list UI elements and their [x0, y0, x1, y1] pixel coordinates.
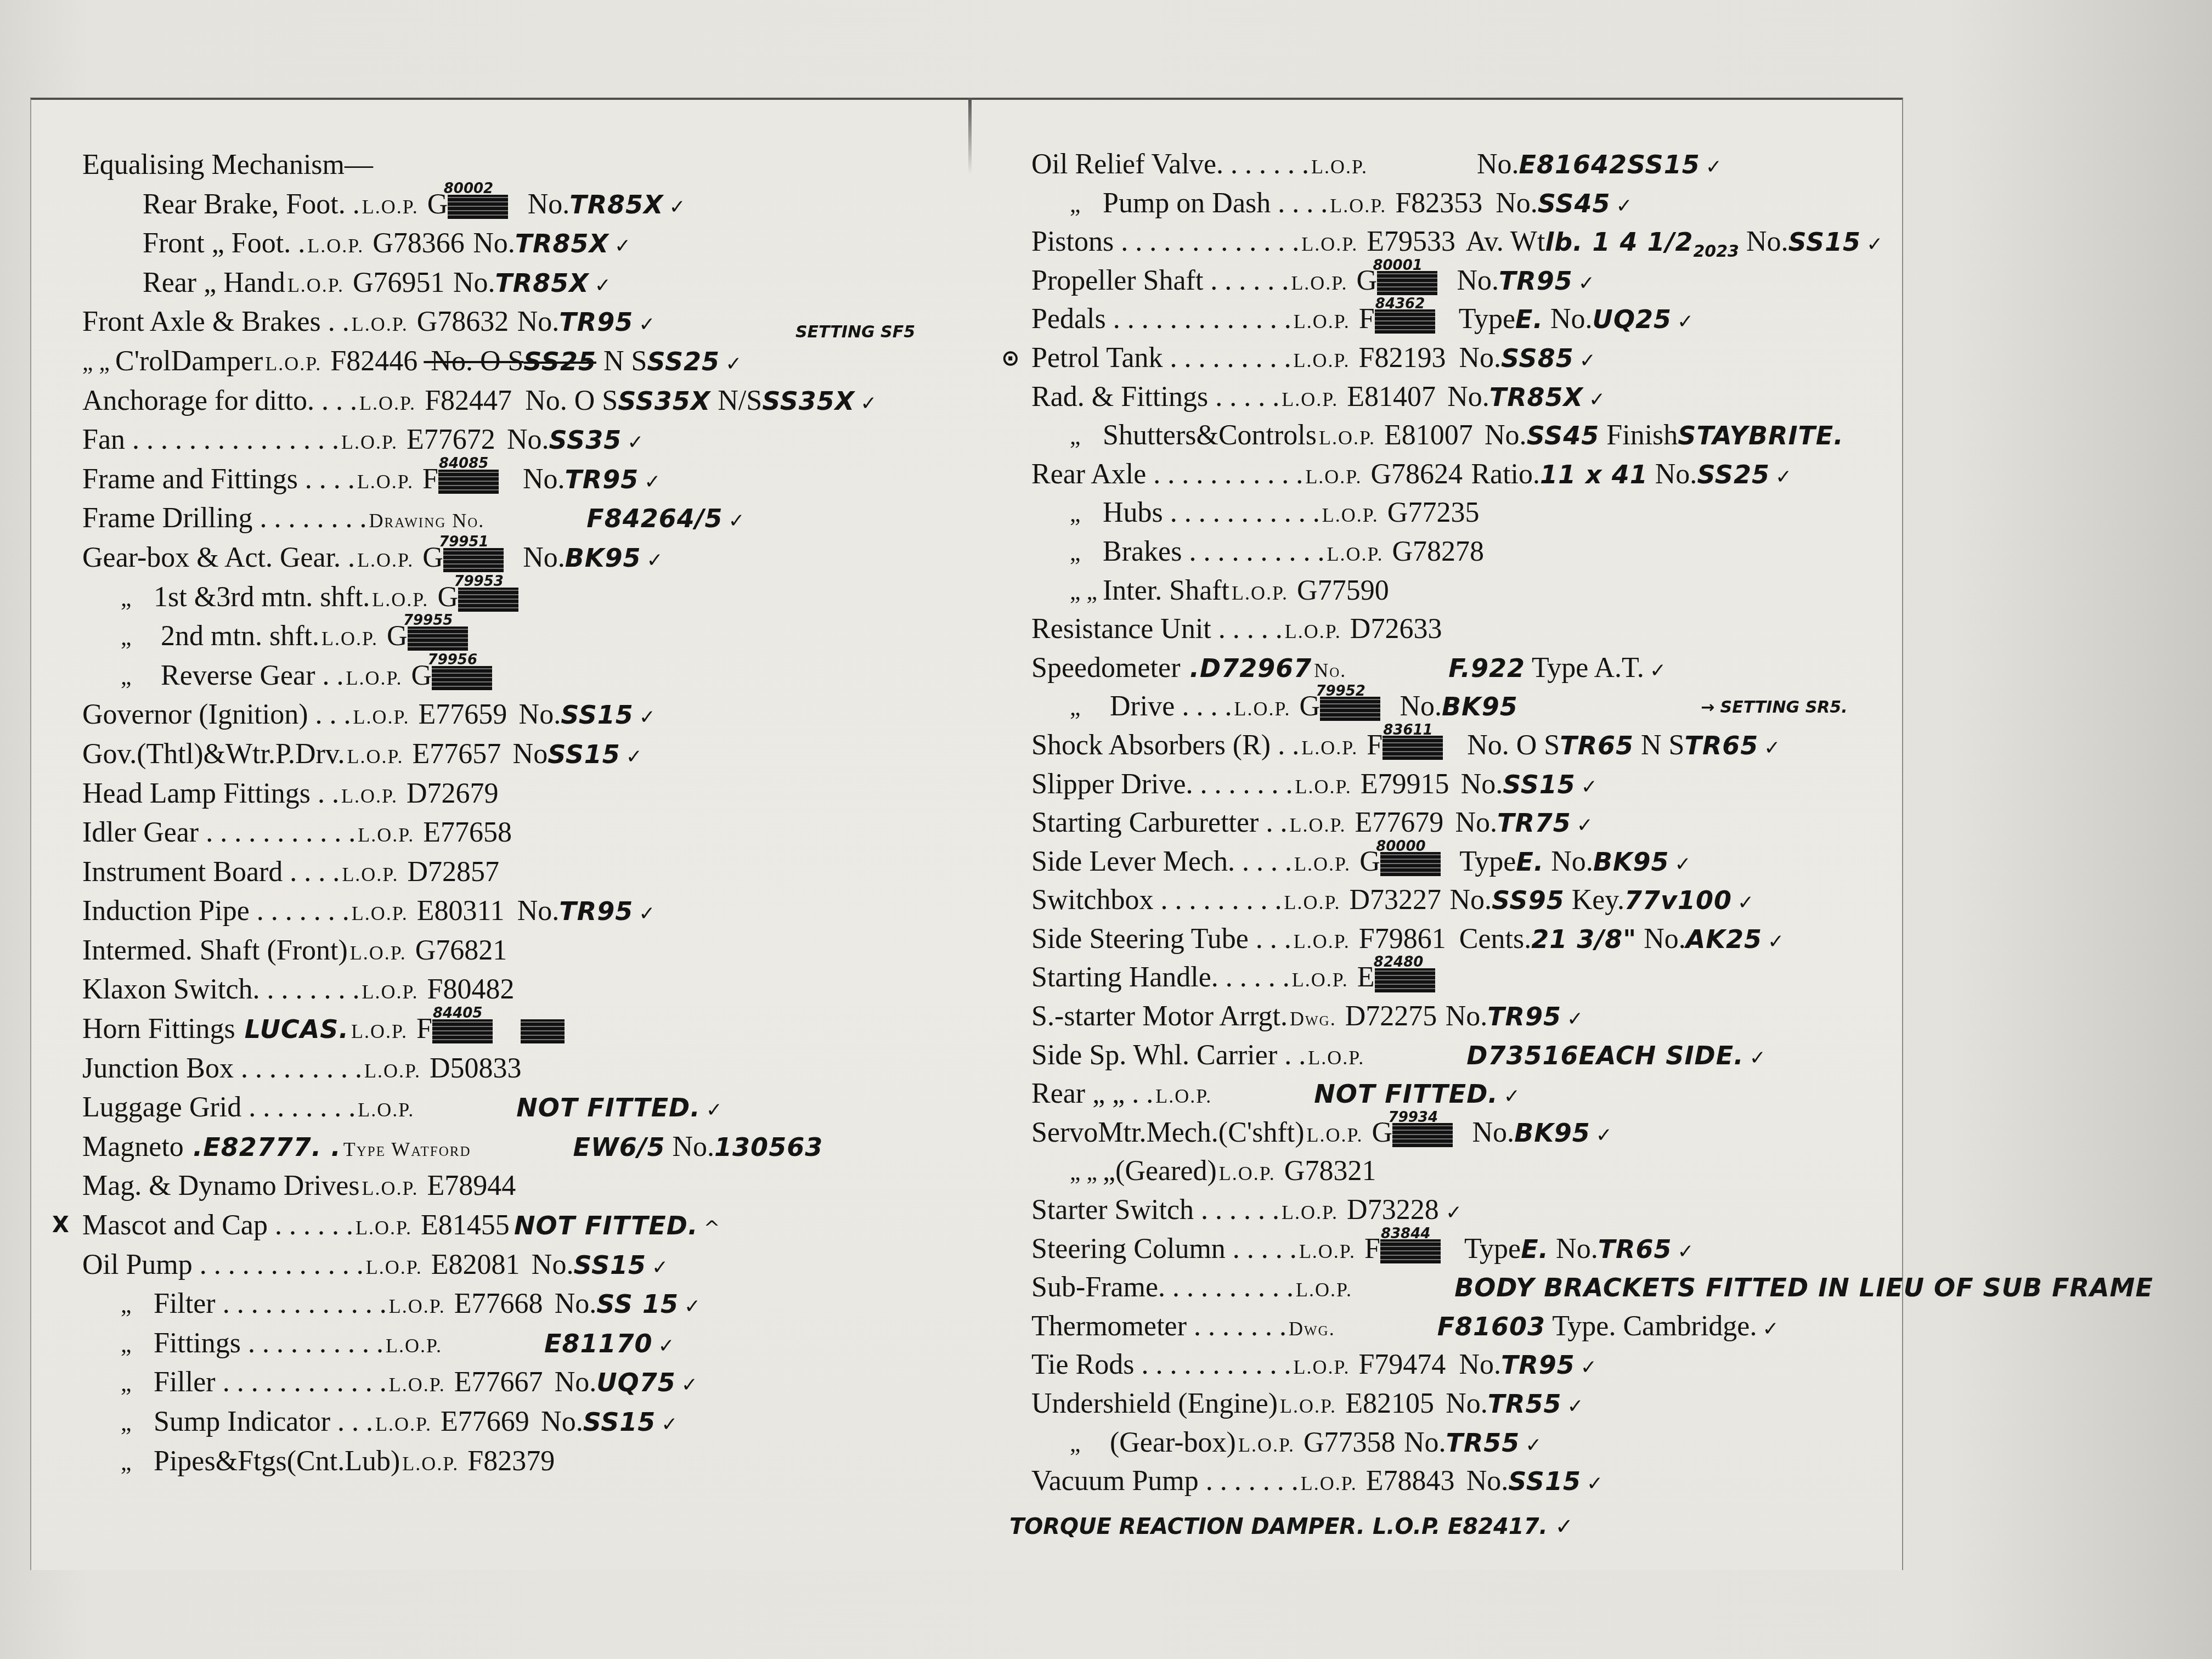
field-label: N S: [1634, 730, 1684, 761]
reference-type: L.O.P.: [1311, 156, 1368, 178]
item-label: Side Steering Tube . . .: [1031, 920, 1291, 959]
item-label: „Hubs . . . . . . . . . . .: [1031, 494, 1320, 534]
left-column: Equalising Mechanism— Rear Brake, Foot. …: [82, 145, 971, 1481]
list-item: „ Drive . . . .L.O.P.G79952 No.BK95→ SET…: [1031, 687, 1920, 726]
item-label: „ Drive . . . .: [1031, 687, 1232, 727]
redacted-mark: [1380, 852, 1441, 876]
handwritten-value: SS15: [1788, 227, 1861, 257]
reference-type: L.O.P.: [1301, 233, 1358, 255]
reference-type: L.O.P.: [350, 942, 407, 964]
item-label: Frame and Fittings . . . .: [82, 460, 355, 499]
reference-type: L.O.P.: [359, 392, 416, 414]
part-number: G77590: [1297, 572, 1390, 611]
list-item: Rear „ HandL.O.P.G76951 No.TR85X✓: [82, 263, 971, 303]
reference-type: L.O.P.: [352, 313, 408, 335]
item-label: Intermed. Shaft (Front): [82, 931, 348, 970]
list-item: Tie Rods . . . . . . . . . . .L.O.P.F794…: [1031, 1346, 1920, 1385]
reference-type: L.O.P.: [351, 1020, 408, 1042]
handwritten-value: lb. 1 4 1/2: [1545, 227, 1693, 257]
list-item: Pistons . . . . . . . . . . . . .L.O.P.E…: [1031, 223, 1920, 262]
field-label: Ratio.: [1464, 459, 1540, 490]
handwritten-correction: 80001: [1373, 258, 1422, 273]
field-label: Type: [1458, 1233, 1521, 1265]
checkmark-icon: ✓: [614, 235, 631, 257]
item-label: „Fittings . . . . . . . . . .: [82, 1324, 383, 1364]
field-label: No.: [500, 424, 549, 455]
handwritten-value: E.: [1521, 1234, 1549, 1264]
handwritten-value: 11 x 41: [1540, 460, 1648, 489]
handwritten-correction: 79956: [428, 653, 477, 667]
ditto-mark: „ „: [1070, 1153, 1103, 1192]
checkmark-icon: ✓: [646, 549, 663, 572]
list-item: Side Steering Tube . . .L.O.P.F79861 Cen…: [1031, 920, 1920, 959]
reference-type: L.O.P.: [1299, 1240, 1356, 1262]
checkmark-icon: ✓: [681, 1374, 698, 1396]
reference-type: L.O.P.: [1294, 853, 1351, 875]
list-item: Oil Relief Valve. . . . . . .L.O.P. No.E…: [1031, 145, 1920, 184]
item-label: Tie Rods . . . . . . . . . . .: [1031, 1346, 1291, 1385]
item-label: Sub-Frame. . . . . . . . . .: [1031, 1268, 1294, 1307]
field-label: No: [506, 738, 548, 770]
field-label: No.: [1438, 1388, 1488, 1419]
checkmark-icon: ✓: [1762, 1318, 1779, 1340]
reference-type: L.O.P.: [1301, 1472, 1357, 1494]
checkmark-icon: ✓: [729, 510, 745, 532]
redacted-mark: [438, 470, 499, 494]
checkmark-icon: ^: [703, 1217, 720, 1239]
reference-type: L.O.P.: [1294, 930, 1350, 952]
handwritten-correction: 84362: [1375, 297, 1425, 311]
redacted-mark: [1380, 1239, 1441, 1263]
reference-type: L.O.P.: [1322, 504, 1379, 526]
heading-text: Equalising Mechanism—: [82, 145, 373, 185]
checkmark-icon: ✓: [661, 1413, 678, 1436]
ditto-mark: „: [121, 1364, 154, 1403]
handwritten-correction: 80002: [444, 182, 493, 196]
field-label: No.: [1477, 420, 1527, 451]
item-label: Rear Brake, Foot. .: [82, 185, 360, 224]
field-label: No.: [665, 1131, 715, 1163]
checkmark-icon: ✓: [684, 1295, 701, 1318]
item-label: Mascot and Cap . . . . . .: [82, 1206, 353, 1245]
part-number: G78366: [373, 224, 466, 263]
checkmark-icon: ✓: [669, 196, 686, 218]
handwritten-value: F81603: [1437, 1312, 1545, 1341]
item-label: „Filter . . . . . . . . . . . .: [82, 1284, 387, 1325]
handwritten-value: E.: [1515, 304, 1543, 334]
handwritten-value: D73516: [1466, 1041, 1578, 1070]
item-label: „Sump Indicator . . .: [82, 1402, 373, 1443]
handwritten-value: TR95: [1499, 266, 1573, 296]
handwritten-value: E81170: [544, 1329, 652, 1358]
part-number: E81455: [421, 1206, 514, 1245]
handwritten-value: TR65: [1560, 731, 1634, 760]
reference-type: No.: [1314, 659, 1346, 681]
handwritten-value: SS 15: [596, 1289, 679, 1319]
item-label: Magneto .E82777. .: [82, 1127, 341, 1167]
ditto-mark: „: [1070, 495, 1103, 534]
part-number: G79955: [387, 617, 480, 656]
field-label: No.: [1452, 342, 1502, 374]
handwritten-correction: 79955: [403, 613, 453, 628]
list-item: „Sump Indicator . . .L.O.P.E77669 No.SS1…: [82, 1402, 971, 1442]
reference-type: L.O.P.: [1289, 814, 1346, 836]
checkmark-icon: ✓: [1579, 349, 1596, 372]
part-number: G76951: [353, 263, 446, 303]
list-item: Klaxon Switch. . . . . . . .L.O.P.F80482: [82, 970, 971, 1009]
part-number: G79934: [1372, 1114, 1465, 1153]
handwritten-value: UQ75: [596, 1368, 675, 1397]
part-number: G78632: [417, 302, 510, 342]
item-label: „ „„(Geared): [1031, 1152, 1217, 1192]
handwritten-value: TR65: [1685, 731, 1759, 760]
field-label: No.: [1739, 226, 1788, 257]
item-label: Fan . . . . . . . . . . . . . . .: [82, 420, 339, 460]
redacted-mark: [1392, 1123, 1453, 1147]
handwritten-value: BK95: [1514, 1118, 1590, 1148]
handwritten-value: SS15: [583, 1407, 656, 1437]
list-item: Gov.(Thtl)&Wtr.P.Drv.L.O.P.E77657 NoSS15…: [82, 735, 971, 774]
reference-type: L.O.P.: [1219, 1163, 1276, 1184]
item-label: Steering Column . . . . .: [1031, 1230, 1297, 1269]
handwritten-value: SS35X: [762, 386, 855, 416]
reference-type: L.O.P.: [353, 706, 410, 728]
checkmark-icon: ✓: [725, 353, 742, 375]
checkmark-icon: ✓: [1577, 814, 1593, 837]
redacted-mark: [1320, 697, 1380, 721]
part-number: F84085: [422, 460, 516, 499]
reference-type: L.O.P.: [1234, 698, 1290, 720]
handwritten-value: SS15: [1508, 1466, 1581, 1496]
list-item: Junction Box . . . . . . . . .L.O.P.D508…: [82, 1049, 971, 1088]
list-item: Rear Axle . . . . . . . . . . .L.O.P.G78…: [1031, 455, 1920, 494]
handwritten-value: TR55: [1446, 1428, 1520, 1458]
part-number: E77669: [441, 1402, 534, 1442]
field-label: No.: [466, 228, 515, 259]
part-number: G77235: [1387, 494, 1481, 533]
checkmark-icon: ✓: [639, 706, 656, 729]
handwritten-value: EACH SIDE.: [1578, 1041, 1743, 1070]
part-number: F84405: [416, 1009, 510, 1049]
list-item: Frame and Fittings . . . .L.O.P.F84085 N…: [82, 460, 971, 499]
handwritten-value: SS35X: [618, 386, 710, 416]
part-number: E77668: [454, 1284, 548, 1324]
reference-type: L.O.P.: [1284, 891, 1340, 913]
handwritten-value: TR75: [1497, 808, 1571, 838]
list-item: Resistance Unit . . . . .L.O.P.D72633: [1031, 610, 1920, 649]
part-number: E77658: [423, 813, 516, 853]
part-number: G78624: [1370, 455, 1464, 494]
checkmark-icon: ✓: [1596, 1124, 1612, 1147]
part-number: D72679: [407, 774, 500, 814]
handwritten-value: 77v100: [1624, 885, 1732, 915]
part-number: E80311: [417, 891, 510, 931]
checkmark-icon: ✓: [1775, 466, 1792, 488]
reference-type: L.O.P.: [402, 1453, 459, 1475]
handwritten-value: SS25: [523, 347, 596, 376]
item-label: Resistance Unit . . . . .: [1031, 610, 1283, 649]
handwritten-value: SS45: [1538, 189, 1611, 218]
part-number: E77657: [413, 735, 506, 774]
part-number: D73228: [1347, 1191, 1440, 1230]
reference-type: L.O.P.: [265, 353, 321, 375]
part-number: E81007: [1384, 416, 1477, 455]
field-label: N S: [596, 346, 647, 377]
reference-type: L.O.P.: [341, 431, 398, 453]
handwritten-value: BK95: [565, 543, 641, 573]
field-label: No.: [1544, 846, 1593, 877]
handwritten-value: BK95: [1442, 692, 1518, 721]
list-item: Induction Pipe . . . . . . .L.O.P.E80311…: [82, 891, 971, 931]
field-label: No.: [1442, 884, 1492, 916]
item-label: Induction Pipe . . . . . . .: [82, 891, 349, 931]
part-number: G78278: [1392, 533, 1485, 572]
part-number: G79956: [411, 656, 505, 696]
list-item: Side Lever Mech. . . . .L.O.P.G80000 Typ…: [1031, 843, 1920, 882]
handwritten-value: TR65: [1598, 1234, 1672, 1264]
handwritten-value: NOT FITTED.: [1314, 1079, 1498, 1109]
reference-type: L.O.P.: [372, 589, 428, 611]
part-number: D72857: [407, 853, 500, 892]
ditto-mark: „: [1070, 1425, 1103, 1464]
reference-type: L.O.P.: [321, 628, 378, 650]
checkmark-icon: ✓: [1768, 930, 1784, 953]
item-label: Speedometer .D72967: [1031, 649, 1312, 688]
reference-type: L.O.P.: [1282, 388, 1338, 410]
checkmark-icon: ✓: [639, 313, 655, 336]
list-item: Anchorage for ditto. . . .L.O.P.F82447 N…: [82, 381, 971, 421]
reference-type: L.O.P.: [364, 1060, 421, 1082]
item-label: Pistons . . . . . . . . . . . . .: [1031, 223, 1299, 262]
list-item: S.-starter Motor Arrgt.Dwg.D72275 No.TR9…: [1031, 997, 1920, 1036]
part-number: G76821: [415, 931, 509, 970]
field-label: Type: [1453, 846, 1516, 877]
list-item: „Hubs . . . . . . . . . . .L.O.P.G77235: [1031, 494, 1920, 533]
list-item: Starting Handle. . . . . .L.O.P.E82480: [1031, 958, 1920, 997]
ditto-mark: „: [121, 657, 154, 697]
item-label: Undershield (Engine): [1031, 1385, 1278, 1424]
handwritten-value: TR55: [1488, 1389, 1562, 1419]
field-label: No.: [1438, 1001, 1488, 1032]
item-label: „Brakes . . . . . . . . . .: [1031, 533, 1324, 573]
field-label: N/S: [710, 385, 762, 416]
item-label: Switchbox . . . . . . . . .: [1031, 881, 1282, 920]
list-item: XMascot and Cap . . . . . .L.O.P.E81455N…: [82, 1206, 971, 1245]
handwritten-value: SS25: [647, 347, 720, 376]
part-number: E77672: [407, 420, 500, 460]
handwritten-value: TR85X: [569, 190, 663, 219]
list-item: Starter Switch . . . . . .L.O.P.D73228✓: [1031, 1191, 1920, 1230]
field-label: No.: [1465, 1117, 1515, 1148]
list-item: Front „ Foot. .L.O.P.G78366 No.TR85X✓: [82, 224, 971, 263]
handwritten-value: BODY BRACKETS FITTED IN LIEU OF SUB FRAM…: [1454, 1273, 2153, 1302]
field-label: No.: [534, 1406, 583, 1437]
reference-type: L.O.P.: [287, 274, 344, 296]
field-label: No.: [1452, 1349, 1501, 1380]
handwritten-value: UQ25: [1593, 304, 1672, 334]
reference-type: L.O.P.: [1282, 1201, 1338, 1223]
checkmark-icon: ✓: [1675, 853, 1691, 876]
handwritten-correction: 84085: [439, 456, 488, 471]
item-label: Mag. & Dynamo Drives: [82, 1166, 359, 1206]
ditto-mark: „: [121, 1325, 154, 1364]
list-item: Mag. & Dynamo DrivesL.O.P.E78944: [82, 1166, 971, 1206]
list-item: Vacuum Pump . . . . . . .L.O.P.E78843 No…: [1031, 1462, 1920, 1501]
handwritten-value: TR95: [559, 896, 633, 926]
ditto-mark: „: [1070, 534, 1103, 573]
item-label: „ „C'rolDamper: [82, 342, 263, 382]
handwritten-value: TR95: [1501, 1350, 1575, 1380]
item-label: Instrument Board . . . .: [82, 853, 340, 892]
reference-type: L.O.P.: [342, 864, 398, 885]
redacted-mark: [1375, 968, 1435, 992]
list-item: „Filler . . . . . . . . . . . .L.O.P.E77…: [82, 1363, 971, 1402]
list-item: „Shutters&ControlsL.O.P.E81007 No.SS45 F…: [1031, 416, 1920, 455]
ditto-mark: „: [1070, 417, 1103, 456]
reference-type: L.O.P.: [356, 1217, 412, 1239]
handwritten-correction: 79951: [439, 535, 488, 549]
reference-type: L.O.P.: [1238, 1434, 1295, 1456]
handwritten-value: 21 3/8": [1531, 924, 1637, 954]
part-number: E77667: [454, 1363, 548, 1402]
handwritten-value: SS45: [1527, 421, 1600, 450]
list-item: Horn Fittings LUCAS.L.O.P.F84405: [82, 1009, 971, 1049]
redacted-mark: [443, 548, 504, 572]
item-label: „Pipes&Ftgs(Cnt.Lub): [82, 1442, 400, 1482]
list-item: Switchbox . . . . . . . . .L.O.P.D73227 …: [1031, 881, 1920, 920]
handwritten-note: → SETTING SR5.: [1701, 699, 1848, 716]
field-label: Finish: [1599, 420, 1678, 451]
item-label: „Filler . . . . . . . . . . . .: [82, 1363, 387, 1403]
handwritten-footer-note: TORQUE REACTION DAMPER. L.O.P. E82417. ✓: [1009, 1514, 1573, 1539]
item-label: Oil Pump . . . . . . . . . . . .: [82, 1245, 364, 1285]
part-number: F82447: [425, 381, 518, 421]
item-label: Slipper Drive. . . . . . . .: [1031, 765, 1293, 804]
handwritten-value: SS15: [1627, 150, 1700, 179]
handwritten-value: SS15: [573, 1250, 646, 1280]
handwritten-value: BK95: [1593, 847, 1669, 877]
part-number: E82081: [431, 1245, 524, 1285]
handwritten-value: 130563: [714, 1132, 823, 1162]
item-label: Gear-box & Act. Gear. .: [82, 538, 355, 578]
part-number: F82193: [1359, 339, 1452, 378]
part-number: F82353: [1395, 184, 1488, 223]
reference-type: L.O.P.: [362, 1177, 418, 1199]
field-label: No.: [548, 1288, 597, 1319]
item-label: „Shutters&Controls: [1031, 416, 1317, 456]
reference-type: L.O.P.: [1232, 582, 1288, 604]
checkmark-icon: ✓: [644, 471, 661, 493]
field-label: No.: [1440, 381, 1489, 413]
reference-type: L.O.P.: [1330, 195, 1386, 217]
part-number: E79533: [1367, 223, 1460, 262]
handwritten-correction: 83611: [1383, 723, 1432, 737]
field-label: No.: [1549, 1233, 1598, 1265]
ditto-mark: „ „: [1070, 573, 1103, 612]
item-label: „ „Inter. Shaft: [1031, 572, 1229, 612]
field-label: No.: [1543, 303, 1593, 335]
reference-type: L.O.P.: [362, 196, 419, 218]
field-label: Cents.: [1452, 923, 1531, 955]
reference-type: L.O.P.: [1155, 1085, 1212, 1107]
reference-type: L.O.P.: [357, 471, 414, 493]
field-label: Type A.T.: [1525, 652, 1644, 684]
item-label: „ (Gear-box): [1031, 1424, 1236, 1464]
item-label: Rear „ Hand: [82, 263, 285, 303]
item-label: Vacuum Pump . . . . . . .: [1031, 1462, 1299, 1501]
part-number: E77659: [419, 695, 512, 735]
list-item: Head Lamp Fittings . .L.O.P.D72679: [82, 774, 971, 814]
checkmark-icon: ✓: [1581, 776, 1598, 798]
field-label: No.: [510, 306, 560, 337]
list-item: ServoMtr.Mech.(C'shft)L.O.P.G79934 No.BK…: [1031, 1114, 1920, 1153]
reference-type: L.O.P.: [358, 824, 414, 846]
list-item: Side Sp. Whl. Carrier . .L.O.P.D73516EAC…: [1031, 1036, 1920, 1075]
field-label: No.: [1392, 691, 1442, 722]
handwritten-annotation: .D72967: [1180, 653, 1312, 683]
list-item: Oil Pump . . . . . . . . . . . .L.O.P.E8…: [82, 1245, 971, 1285]
item-label: Horn Fittings LUCAS.: [82, 1009, 349, 1049]
list-item: „ „C'rolDamperL.O.P.F82446 No. O SSS25 N…: [82, 342, 971, 381]
reference-type: L.O.P.: [1285, 620, 1341, 642]
handwritten-correction: 82480: [1374, 955, 1423, 969]
part-number: F84362: [1359, 300, 1452, 339]
part-number: E79915: [1361, 765, 1454, 804]
item-label: ServoMtr.Mech.(C'shft): [1031, 1114, 1305, 1153]
reference-type: L.O.P.: [1280, 1395, 1336, 1417]
item-label: Anchorage for ditto. . . .: [82, 381, 357, 421]
list-item: Intermed. Shaft (Front)L.O.P.G76821: [82, 931, 971, 970]
checkmark-icon: ✓: [1581, 1356, 1597, 1379]
list-item: Thermometer . . . . . . .Dwg.F81603 Type…: [1031, 1307, 1920, 1346]
list-item: Propeller Shaft . . . . . .L.O.P.G80001 …: [1031, 262, 1920, 301]
item-label: Petrol Tank . . . . . . . . .: [1031, 339, 1291, 378]
part-number: E78944: [427, 1166, 521, 1206]
ditto-mark: „: [121, 618, 154, 657]
handwritten-value: SS15: [1503, 770, 1576, 799]
field-label: Key.: [1565, 884, 1624, 916]
handwritten-subscript: 2023: [1693, 242, 1739, 262]
part-number: F82379: [467, 1442, 561, 1481]
item-label: Rear „ „ . .: [1031, 1075, 1153, 1114]
item-label: Front Axle & Brakes . .: [82, 302, 349, 342]
reference-type: L.O.P.: [362, 981, 419, 1003]
list-item: Instrument Board . . . .L.O.P.D72857: [82, 853, 971, 892]
list-item: Luggage Grid . . . . . . . .L.O.P.NOT FI…: [82, 1088, 971, 1127]
list-item: „Brakes . . . . . . . . . .L.O.P.G78278: [1031, 533, 1920, 572]
field-label: Av. Wt: [1460, 226, 1545, 257]
handwritten-value: E.: [1516, 847, 1544, 877]
list-item: Idler Gear . . . . . . . . . . .L.O.P.E7…: [82, 813, 971, 853]
part-number: E78843: [1366, 1462, 1459, 1501]
checkmark-icon: ✓: [1525, 1434, 1542, 1457]
reference-type: L.O.P.: [1292, 969, 1348, 991]
checkmark-icon: ✓: [658, 1335, 674, 1357]
list-item: Magneto .E82777. .Type WatfordEW6/5 No.1…: [82, 1127, 971, 1167]
reference-type: L.O.P.: [389, 1295, 445, 1317]
list-item: Steering Column . . . . .L.O.P.F83844 Ty…: [1031, 1230, 1920, 1269]
handwritten-value: E81642: [1519, 150, 1627, 179]
list-item: Fan . . . . . . . . . . . . . . .L.O.P.E…: [82, 420, 971, 460]
handwritten-value: TR85X: [495, 268, 589, 298]
item-label: „1st &3rd mtn. shft.: [82, 578, 370, 618]
item-label: Rad. & Fittings . . . . .: [1031, 378, 1279, 417]
checkmark-icon: ✓: [1677, 1240, 1694, 1263]
part-number: F80482: [427, 970, 521, 1009]
field-label: No.: [1448, 807, 1497, 838]
reference-type: L.O.P.: [1305, 466, 1362, 488]
checkmark-icon: ✓: [1446, 1201, 1462, 1224]
